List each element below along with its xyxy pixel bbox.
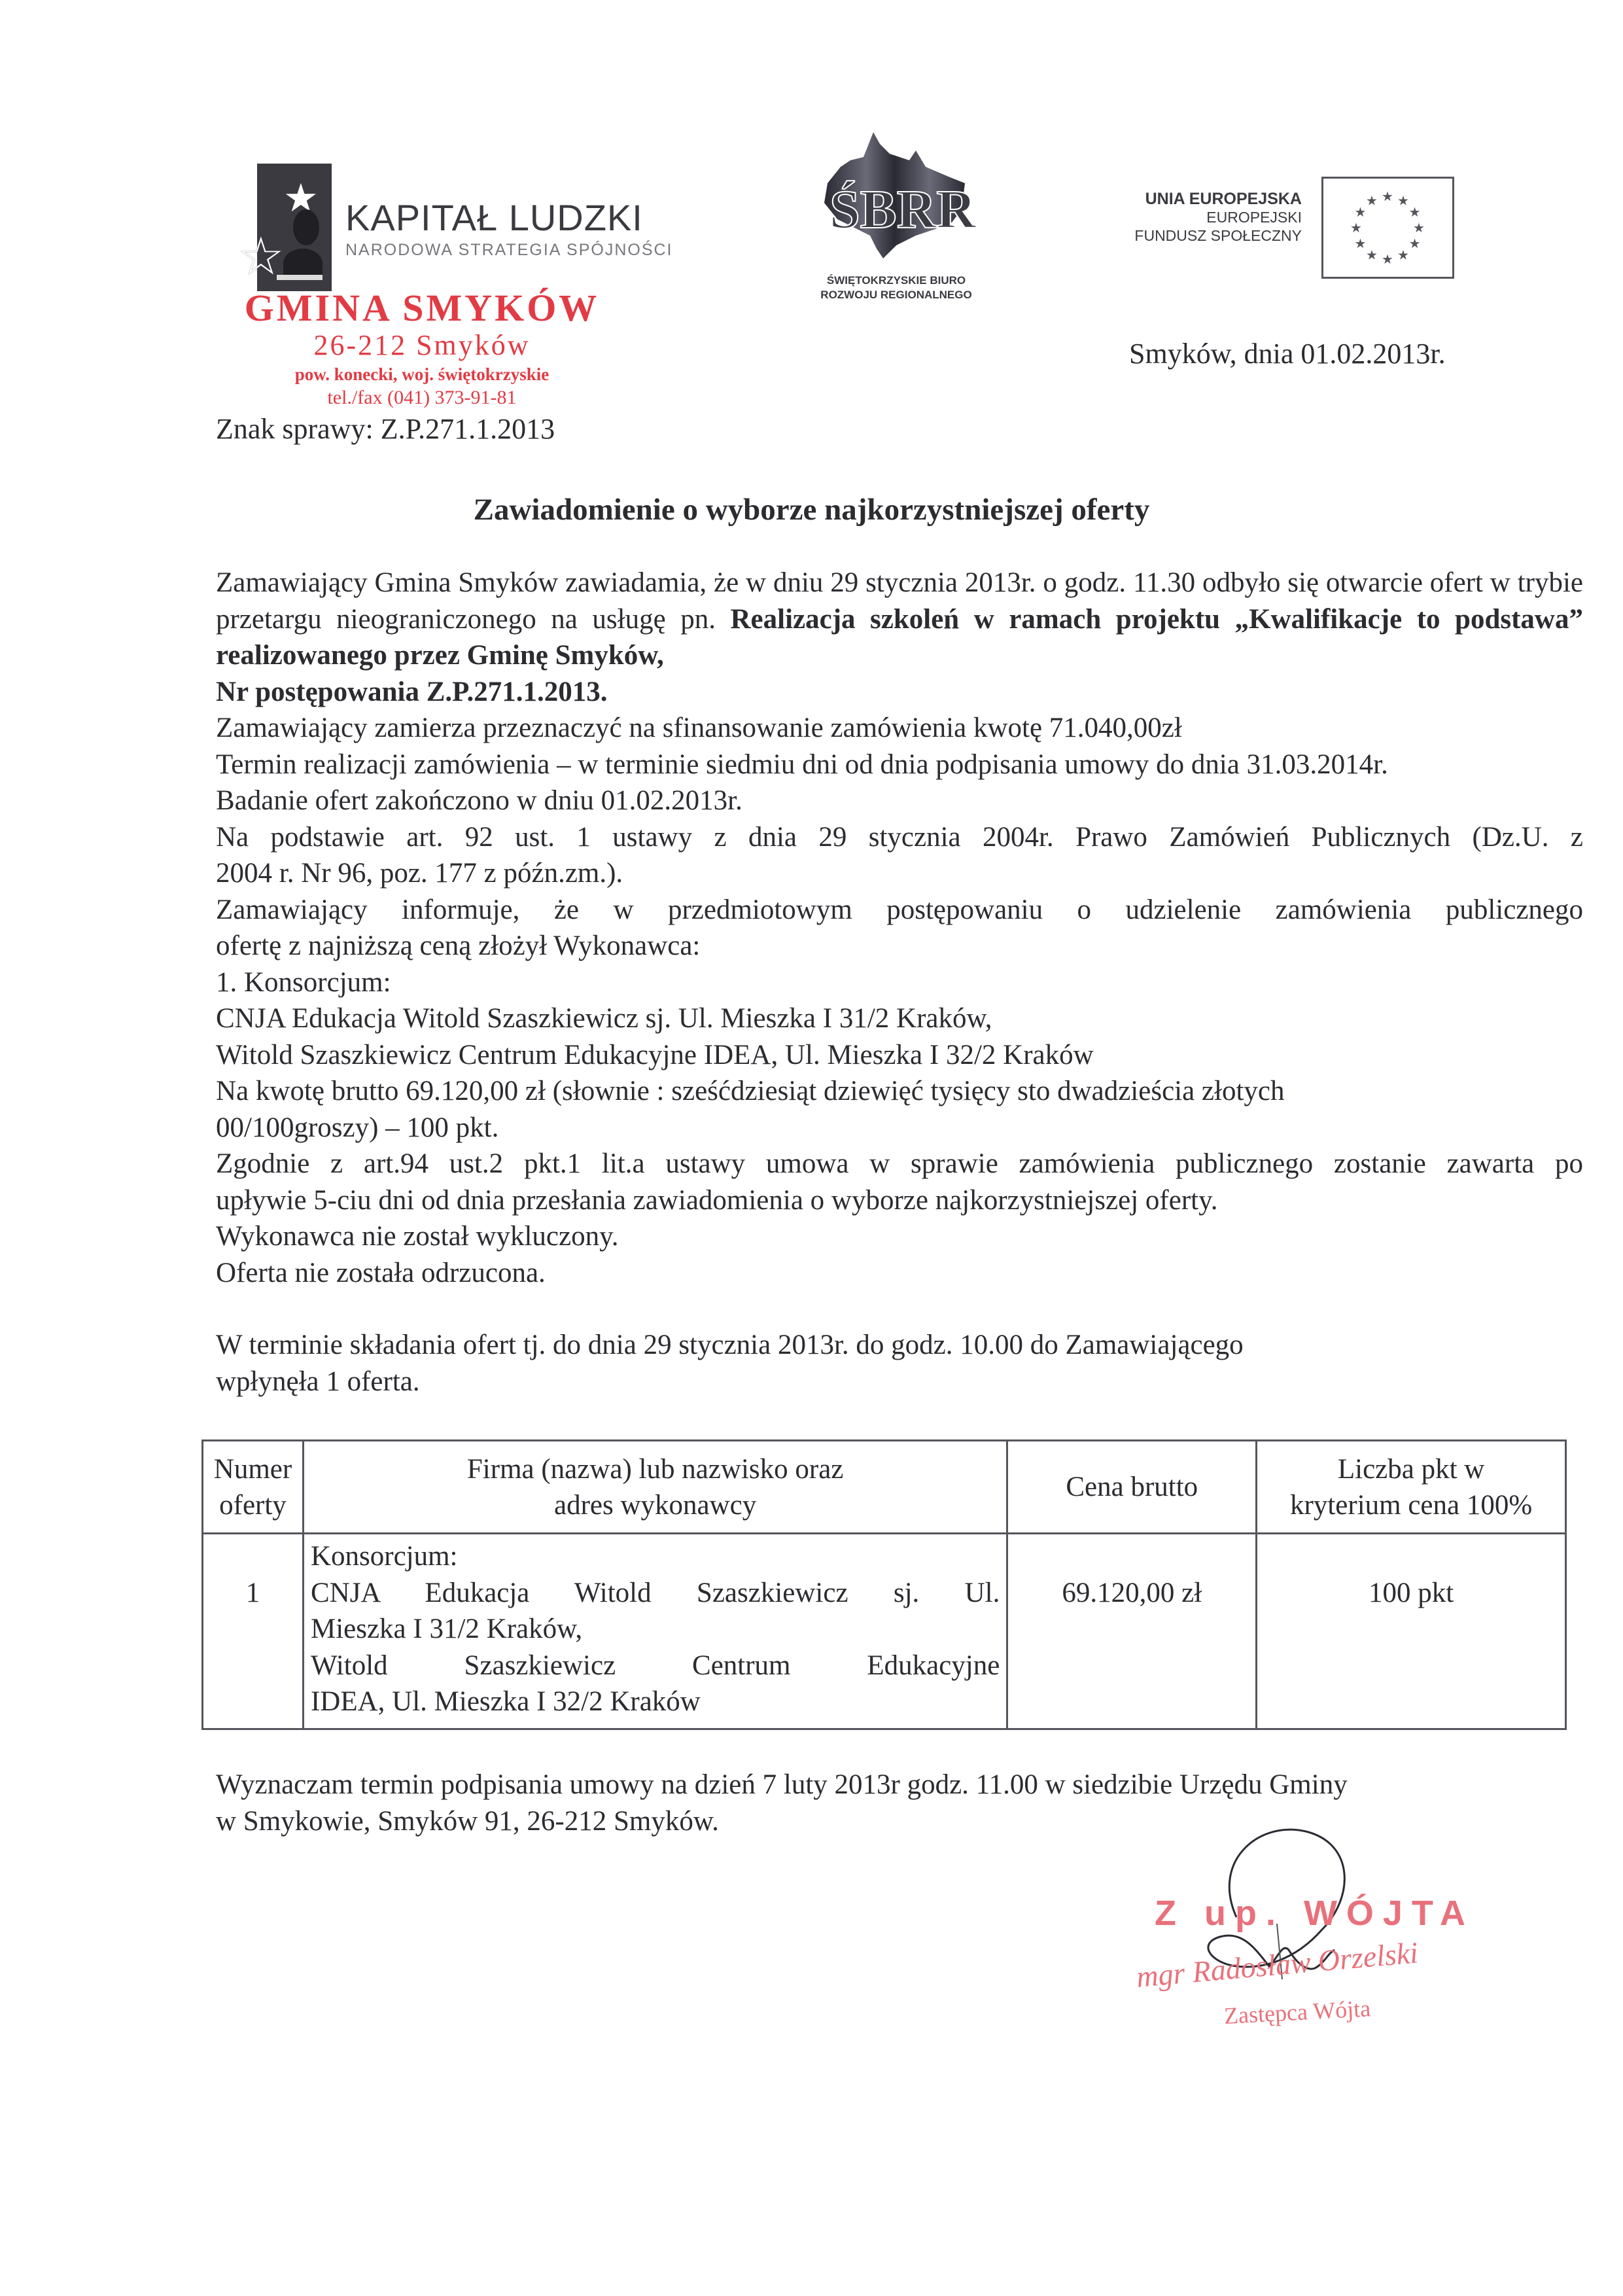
svg-text:★: ★ xyxy=(1382,188,1393,204)
svg-text:★: ★ xyxy=(1413,220,1425,236)
cell-points: 100 pkt xyxy=(1257,1534,1566,1729)
contract-line2: upływie 5-ciu dni od dnia przesłania zaw… xyxy=(216,1182,1583,1219)
received-line1: W terminie składania ofert tj. do dnia 2… xyxy=(216,1327,1583,1364)
case-reference: Znak sprawy: Z.P.271.1.2013 xyxy=(216,412,555,446)
stamp-phone: tel./fax (041) 373-91-81 xyxy=(236,386,608,410)
svg-text:★: ★ xyxy=(1366,247,1378,263)
not-excluded-line: Wykonawca nie został wykluczony. xyxy=(216,1218,1583,1255)
svg-text:★: ★ xyxy=(1354,236,1366,251)
svg-text:★: ★ xyxy=(1354,204,1366,220)
winner-member-2: Witold Szaszkiewicz Centrum Edukacyjne I… xyxy=(216,1037,1583,1074)
svg-text:★: ★ xyxy=(1397,247,1409,263)
legal-basis-line1: Na podstawie art. 92 ust. 1 ustawy z dni… xyxy=(216,819,1583,856)
eu-text: UNIA EUROPEJSKA EUROPEJSKI FUNDUSZ SPOŁE… xyxy=(1086,190,1302,245)
eu-line1: UNIA EUROPEJSKA xyxy=(1086,190,1302,208)
table-header-row: Numeroferty Firma (nazwa) lub nazwisko o… xyxy=(203,1441,1566,1534)
svg-text:★: ★ xyxy=(1350,220,1362,236)
sbrr-caption-line1: ŚWIĘTOKRZYSKIE BIURO xyxy=(772,274,1021,288)
table-row: 1 Konsorcjum: CNJA Edukacja Witold Szasz… xyxy=(203,1534,1566,1729)
amount-line1: Na kwotę brutto 69.120,00 zł (słownie : … xyxy=(216,1073,1583,1110)
cell-offer-number: 1 xyxy=(203,1534,304,1729)
svg-text:★: ★ xyxy=(1409,204,1421,220)
eu-line2: EUROPEJSKI xyxy=(1086,208,1302,226)
cell-price: 69.120,00 zł xyxy=(1007,1534,1257,1729)
authorization-stamp: Z up. WÓJTA xyxy=(1155,1893,1475,1934)
svg-text:★: ★ xyxy=(1382,251,1393,267)
cell-firm: Konsorcjum: CNJA Edukacja Witold Szaszki… xyxy=(303,1534,1007,1729)
intro-paragraph: Zamawiający Gmina Smyków zawiadamia, że … xyxy=(216,565,1583,674)
kapital-ludzki-title: KAPITAŁ LUDZKI xyxy=(345,196,643,239)
legal-basis-line2: 2004 r. Nr 96, poz. 177 z późn.zm.). xyxy=(216,855,1583,892)
document-title: Zawiadomienie o wyborze najkorzystniejsz… xyxy=(0,492,1623,527)
kapital-ludzki-logo-icon: ★ ☆ xyxy=(257,164,332,291)
svg-text:★: ★ xyxy=(1397,192,1409,208)
sbrr-logo-text: ŚBRR xyxy=(808,178,998,241)
budget-line: Zamawiający zamierza przeznaczyć na sfin… xyxy=(216,710,1583,747)
eu-line3: FUNDUSZ SPOŁECZNY xyxy=(1086,226,1302,245)
stamp-region: pow. konecki, woj. świętokrzyskie xyxy=(236,362,608,386)
header-offer-number: Numeroferty xyxy=(203,1441,304,1534)
signatory-role: Zastępca Wójta xyxy=(1223,1994,1371,2030)
winner-member-1: CNJA Edukacja Witold Szaszkiewicz sj. Ul… xyxy=(216,1000,1583,1037)
sbrr-caption: ŚWIĘTOKRZYSKIE BIURO ROZWOJU REGIONALNEG… xyxy=(772,274,1021,302)
place-date: Smyków, dnia 01.02.2013r. xyxy=(1129,337,1446,370)
document-body: Zamawiający Gmina Smyków zawiadamia, że … xyxy=(216,565,1583,1400)
evaluation-line: Badanie ofert zakończono w dniu 01.02.20… xyxy=(216,783,1583,819)
procedure-number: Nr postępowania Z.P.271.1.2013. xyxy=(216,677,608,707)
svg-text:★: ★ xyxy=(1409,236,1421,251)
not-rejected-line: Oferta nie została odrzucona. xyxy=(216,1255,1583,1292)
contract-line1: Zgodnie z art.94 ust.2 pkt.1 lit.a ustaw… xyxy=(216,1146,1583,1182)
deadline-line: Termin realizacji zamówienia – w termini… xyxy=(216,747,1583,783)
sbrr-caption-line2: ROZWOJU REGIONALNEGO xyxy=(772,288,1021,302)
header-price: Cena brutto xyxy=(1007,1441,1257,1534)
municipality-stamp: GMINA SMYKÓW 26-212 Smyków pow. konecki,… xyxy=(236,288,608,410)
info-line1: Zamawiający informuje, że w przedmiotowy… xyxy=(216,892,1583,928)
offers-table: Numeroferty Firma (nazwa) lub nazwisko o… xyxy=(201,1439,1567,1730)
winner-label: 1. Konsorcjum: xyxy=(216,964,1583,1001)
info-line2: ofertę z najniższą ceną złożył Wykonawca… xyxy=(216,928,1583,964)
svg-text:★: ★ xyxy=(1366,192,1378,208)
stamp-postcode: 26-212 Smyków xyxy=(236,328,608,362)
received-line2: wpłynęła 1 oferta. xyxy=(216,1364,1583,1400)
amount-line2: 00/100groszy) – 100 pkt. xyxy=(216,1110,1583,1146)
header-firm: Firma (nazwa) lub nazwisko orazadres wyk… xyxy=(303,1441,1007,1534)
stamp-name: GMINA SMYKÓW xyxy=(236,288,608,328)
closing-line1: Wyznaczam termin podpisania umowy na dzi… xyxy=(216,1767,1583,1803)
eu-flag-icon: ★★★★★★★★★★★★ xyxy=(1321,177,1454,279)
header-points: Liczba pkt wkryterium cena 100% xyxy=(1257,1441,1566,1534)
kapital-ludzki-subtitle: NARODOWA STRATEGIA SPÓJNOŚCI xyxy=(345,241,673,260)
